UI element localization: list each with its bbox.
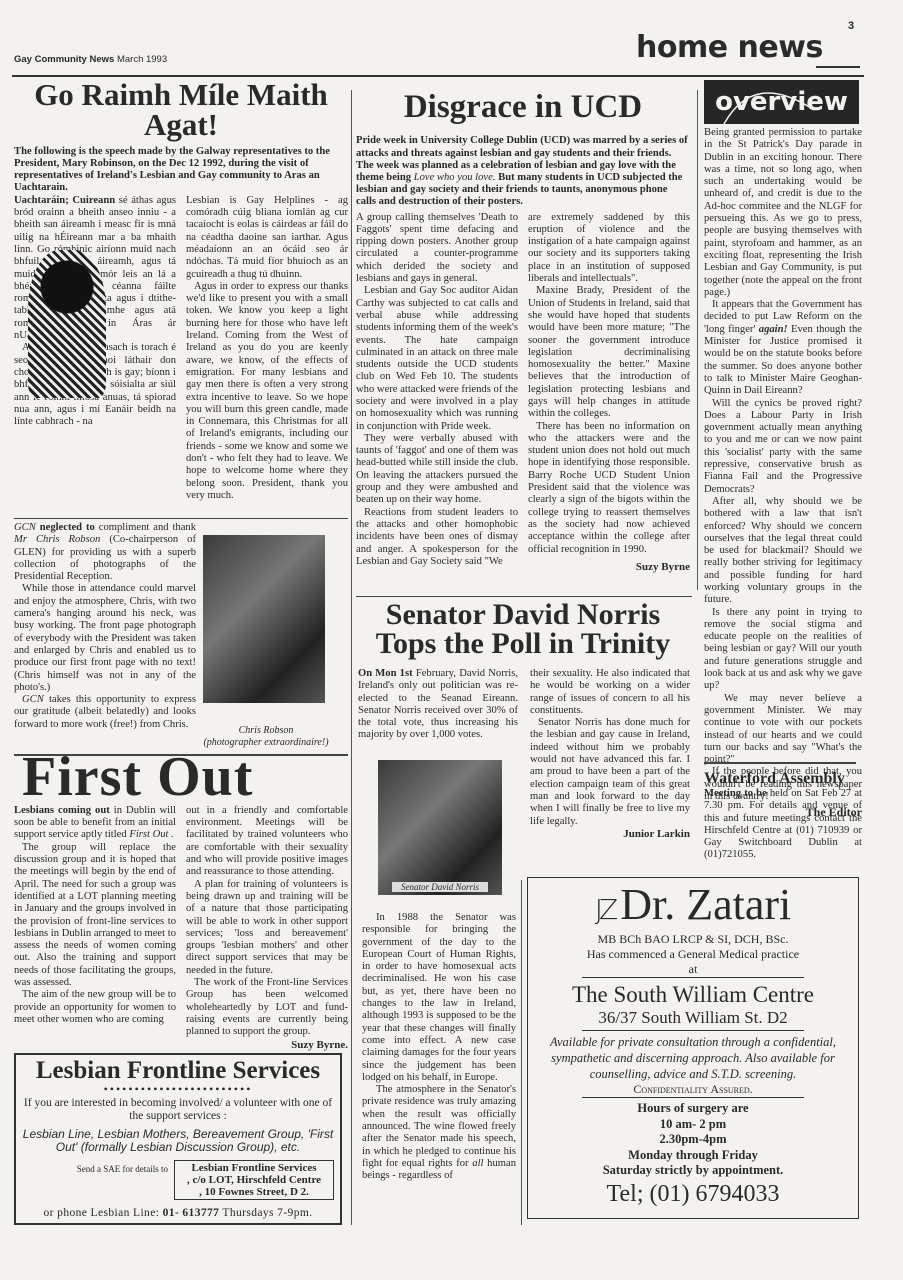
speech-headline: Go Raimh Míle Maith Agat! (14, 80, 348, 141)
publication-name: Gay Community News (14, 54, 114, 65)
page-number: 3 (848, 20, 854, 32)
divider (14, 518, 348, 519)
column-divider (521, 880, 522, 1225)
column-divider-left (351, 90, 352, 1225)
speech-intro: The following is the speech made by the … (14, 146, 348, 194)
column-divider-right (697, 90, 698, 590)
address-box: Lesbian Frontline Services , c/o LOT, Hi… (174, 1160, 334, 1200)
ucd-intro: Pride week in University College Dublin … (356, 135, 690, 208)
chris-robson-photo (203, 535, 325, 703)
overview-editorial: Being granted permission to partake in t… (704, 127, 862, 819)
dr-zatari-ad: JZ Dr. Zatari MB BCh BAO LRCP & SI, DCH,… (527, 877, 859, 1219)
services-list: Lesbian Line, Lesbian Mothers, Bereaveme… (22, 1128, 334, 1154)
issue-date: March 1993 (117, 54, 167, 65)
president-illustration (28, 250, 106, 398)
telephone: Tel; (01) 6794033 (538, 1181, 848, 1208)
centre-name: The South William Centre (538, 982, 848, 1008)
overview-logo: overview (704, 80, 859, 124)
norris-headline: Senator David Norris Tops the Poll in Tr… (356, 600, 690, 659)
byline: Suzy Byrne (528, 561, 690, 573)
address: 36/37 South William St. D2 (582, 1008, 804, 1031)
divider (704, 762, 856, 764)
norris-photo (378, 760, 502, 895)
ucd-article: Disgrace in UCD Pride week in University… (356, 90, 690, 573)
norris-caption: Senator David Norris (392, 882, 488, 892)
frontline-services-ad: Lesbian Frontline Services •••••••••••••… (14, 1053, 342, 1225)
gcn-note: GCN neglected to compliment and thank Mr… (14, 522, 196, 731)
speech-paragraph: Lesbian is Gay Helplines - ag comóradh c… (186, 195, 348, 281)
byline: Junior Larkin (530, 828, 690, 840)
ucd-headline: Disgrace in UCD (356, 91, 690, 123)
ad-title: Lesbian Frontline Services (22, 1059, 334, 1084)
section-underline (816, 66, 860, 68)
dot-divider: •••••••••••••••••••••••• (22, 1084, 334, 1094)
surgery-hours: Hours of surgery are 10 am- 2 pm 2.30pm-… (538, 1101, 848, 1179)
jz-logo-icon: JZ (595, 893, 614, 926)
waterford-headline: Waterford Assembly (704, 770, 862, 788)
divider (356, 596, 692, 597)
norris-article: Senator David Norris Tops the Poll in Tr… (356, 600, 690, 659)
doctor-name: Dr. Zatari (620, 882, 791, 928)
first-out-article: First Out Lesbians coming out in Dublin … (14, 750, 348, 1051)
byline: Suzy Byrne. (186, 1039, 348, 1051)
section-title: home news (636, 30, 823, 65)
masthead: Gay Community News March 1993 (14, 54, 167, 65)
phone-line: or phone Lesbian Line: 01- 613777 Thursd… (22, 1207, 334, 1219)
speech-col-english: Lesbian is Gay Helplines - ag comóradh c… (186, 195, 348, 502)
waterford-notice: Waterford Assembly Meeting to be held on… (704, 770, 862, 862)
first-out-headline: First Out (14, 750, 348, 805)
speech-paragraph: Agus in order to express our thanks we'd… (186, 281, 348, 502)
